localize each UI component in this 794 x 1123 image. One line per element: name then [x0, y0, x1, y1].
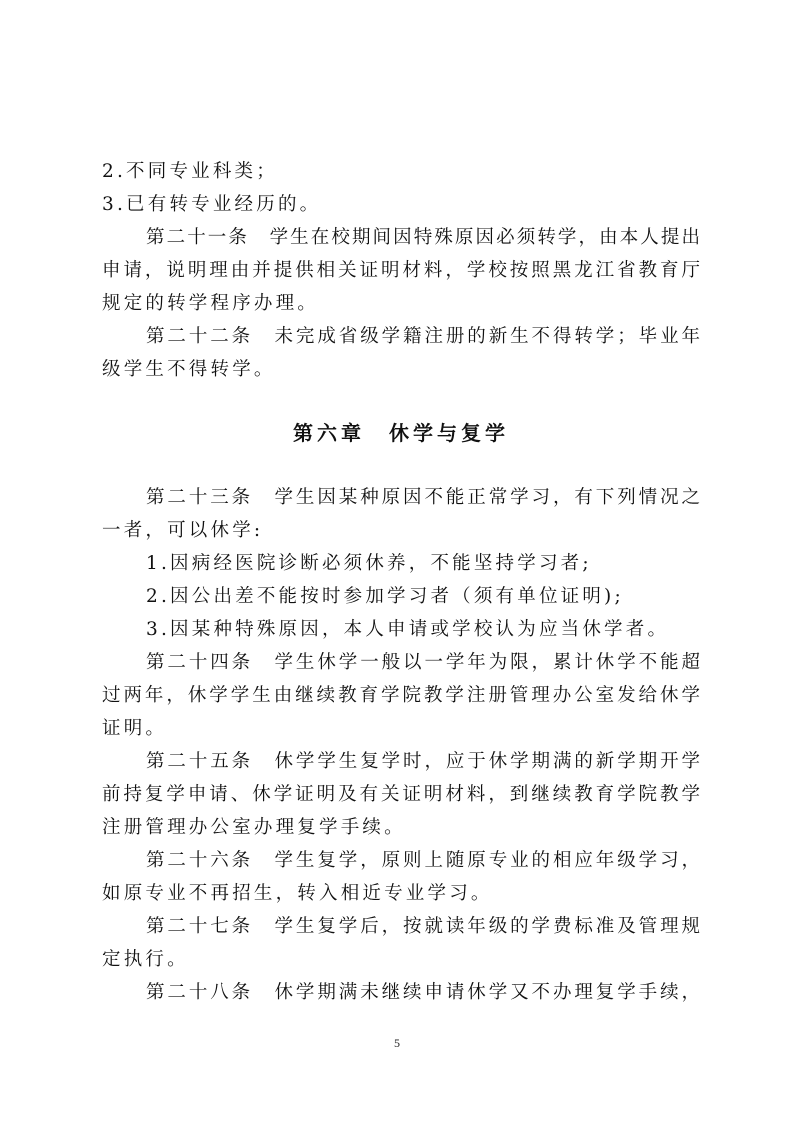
article-23-item-3: 3.因某种特殊原因，本人申请或学校认为应当休学者。: [102, 613, 700, 646]
chapter-heading: 第六章 休学与复学: [102, 417, 700, 450]
article-23-item-2: 2.因公出差不能按时参加学习者（须有单位证明);: [102, 580, 700, 613]
list-item-3: 3.已有转专业经历的。: [102, 188, 700, 221]
article-25-line-2: 前持复学申请、休学证明及有关证明材料，到继续教育学院教学: [102, 778, 700, 811]
article-27-line-1: 第二十七条 学生复学后，按就读年级的学费标准及管理规: [102, 910, 700, 943]
article-27-line-2: 定执行。: [102, 943, 700, 976]
article-22-line-2: 级学生不得转学。: [102, 353, 700, 386]
article-21-line-3: 规定的转学程序办理。: [102, 287, 700, 320]
article-24-line-2: 过两年，休学学生由继续教育学院教学注册管理办公室发给休学: [102, 679, 700, 712]
article-26-line-1: 第二十六条 学生复学，原则上随原专业的相应年级学习，: [102, 844, 700, 877]
article-26-line-2: 如原专业不再招生，转入相近专业学习。: [102, 877, 700, 910]
article-21-line-1: 第二十一条 学生在校期间因特殊原因必须转学，由本人提出: [102, 221, 700, 254]
article-28-line-1: 第二十八条 休学期满未继续申请休学又不办理复学手续，: [102, 976, 700, 1009]
spacer: [102, 450, 700, 481]
article-25-line-3: 注册管理办公室办理复学手续。: [102, 811, 700, 844]
article-24-line-3: 证明。: [102, 712, 700, 745]
article-23-line-2: 一者，可以休学:: [102, 514, 700, 547]
list-item-2: 2.不同专业科类；: [102, 155, 700, 188]
article-21-line-2: 申请，说明理由并提供相关证明材料，学校按照黑龙江省教育厅: [102, 254, 700, 287]
article-23-line-1: 第二十三条 学生因某种原因不能正常学习，有下列情况之: [102, 481, 700, 514]
page-number: 5: [0, 1036, 794, 1051]
article-25-line-1: 第二十五条 休学学生复学时，应于休学期满的新学期开学: [102, 745, 700, 778]
document-page: 2.不同专业科类； 3.已有转专业经历的。 第二十一条 学生在校期间因特殊原因必…: [102, 155, 700, 1009]
article-24-line-1: 第二十四条 学生休学一般以一学年为限，累计休学不能超: [102, 646, 700, 679]
article-22-line-1: 第二十二条 未完成省级学籍注册的新生不得转学；毕业年: [102, 320, 700, 353]
section-before-chapter: 2.不同专业科类； 3.已有转专业经历的。 第二十一条 学生在校期间因特殊原因必…: [102, 155, 700, 386]
section-after-chapter: 第二十三条 学生因某种原因不能正常学习，有下列情况之 一者，可以休学: 1.因病…: [102, 481, 700, 1009]
spacer: [102, 386, 700, 417]
article-23-item-1: 1.因病经医院诊断必须休养，不能坚持学习者;: [102, 547, 700, 580]
